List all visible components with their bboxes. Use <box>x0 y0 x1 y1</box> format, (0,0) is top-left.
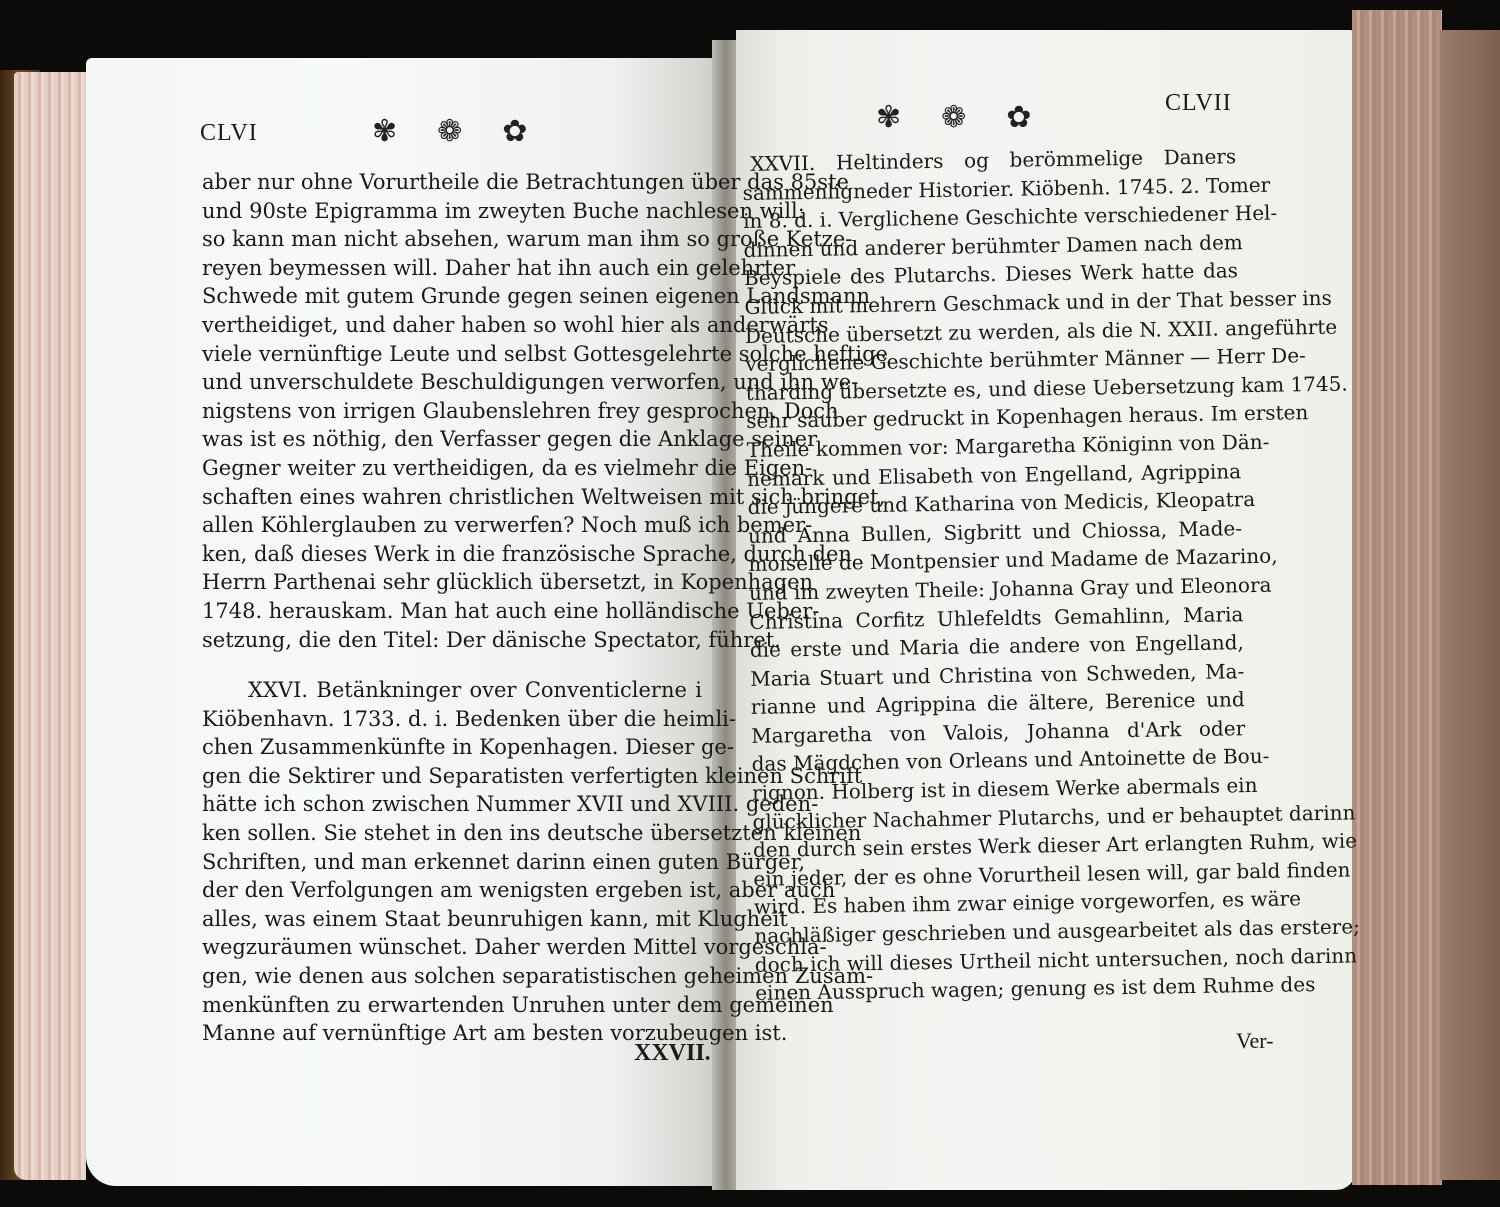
ornament-icon: ❁ <box>437 114 462 149</box>
text-line: Schwede mit gutem Grunde gegen seinen ei… <box>202 282 702 311</box>
text-line: Kiöbenhavn. 1733. d. i. Bedenken über di… <box>202 705 702 734</box>
page-number: CLVI <box>200 120 258 147</box>
text-line: so kann man nicht absehen, warum man ihm… <box>202 225 702 254</box>
book-photo: CLVI ✾ ❁ ✿ aber nur ohne Vorurtheile die… <box>0 0 1500 1207</box>
text-line: reyen beymessen will. Daher hat ihn auch… <box>202 254 702 283</box>
text-line: der den Verfolgungen am wenigsten ergebe… <box>202 876 702 905</box>
text-line: nigstens von irrigen Glaubenslehren frey… <box>202 397 702 426</box>
text-line: setzung, die den Titel: Der dänische Spe… <box>202 626 702 655</box>
text-line: viele vernünftige Leute und selbst Gotte… <box>202 340 702 369</box>
ornament-icon: ✿ <box>502 114 527 149</box>
text-line: allen Köhlerglauben zu verwerfen? Noch m… <box>202 511 702 540</box>
header-ornaments: ✾ ❁ ✿ <box>372 114 527 149</box>
text-line: vertheidiget, und daher haben so wohl hi… <box>202 311 702 340</box>
left-page-header: CLVI <box>200 120 258 147</box>
text-line: Herrn Parthenai sehr glücklich übersetzt… <box>202 568 702 597</box>
text-line: alles, was einem Staat beunruhigen kann,… <box>202 905 702 934</box>
right-page-header: CLVII <box>1165 90 1232 117</box>
text-line: aber nur ohne Vorurtheile die Betrachtun… <box>202 168 702 197</box>
text-line: Manne auf vernünftige Art am besten vorz… <box>202 1019 702 1048</box>
catchword: Ver- <box>1236 1028 1273 1054</box>
ornament-icon: ✿ <box>1006 100 1031 135</box>
book-cover-right <box>1440 30 1500 1180</box>
ornament-icon: ✾ <box>876 100 901 135</box>
ornament-icon: ✾ <box>372 114 397 149</box>
text-line: gen, wie denen aus solchen separatistisc… <box>202 962 702 991</box>
page-edges-left <box>14 72 86 1180</box>
page-number: CLVII <box>1165 90 1232 117</box>
text-line: gen die Sektirer und Separatisten verfer… <box>202 762 702 791</box>
page-edges-right <box>1352 10 1442 1185</box>
text-line: und 90ste Epigramma im zweyten Buche nac… <box>202 197 702 226</box>
text-line: was ist es nöthig, den Verfasser gegen d… <box>202 425 702 454</box>
right-page-body: XXVII. Heltinders og berömmelige Daners … <box>742 142 1249 1007</box>
text-line: Schriften, und man erkennet darinn einen… <box>202 848 702 877</box>
header-ornaments: ✾ ❁ ✿ <box>876 100 1031 135</box>
text-line: und unverschuldete Beschuldigungen verwo… <box>202 368 702 397</box>
text-line: 1748. herauskam. Man hat auch eine hollä… <box>202 597 702 626</box>
text-line: ken sollen. Sie stehet in den ins deutsc… <box>202 819 702 848</box>
text-line: chen Zusammenkünfte in Kopenhagen. Diese… <box>202 733 702 762</box>
text-line: ken, daß dieses Werk in die französische… <box>202 540 702 569</box>
text-line: Gegner weiter zu vertheidigen, da es vie… <box>202 454 702 483</box>
text-line: wegzuräumen wünschet. Daher werden Mitte… <box>202 933 702 962</box>
paragraph: aber nur ohne Vorurtheile die Betrachtun… <box>202 168 702 654</box>
paragraph: XXVI. Betänkninger over Conventiclerne i… <box>202 676 702 1048</box>
text-line: menkünften zu erwartenden Unruhen unter … <box>202 991 702 1020</box>
text-line: hätte ich schon zwischen Nummer XVII und… <box>202 790 702 819</box>
entry-heading-line: XXVI. Betänkninger over Conventiclerne i <box>202 676 702 705</box>
catchword: XXVII. <box>634 1040 711 1067</box>
text-line: schaften eines wahren christlichen Weltw… <box>202 483 702 512</box>
ornament-icon: ❁ <box>941 100 966 135</box>
left-page-body: aber nur ohne Vorurtheile die Betrachtun… <box>202 168 702 1048</box>
